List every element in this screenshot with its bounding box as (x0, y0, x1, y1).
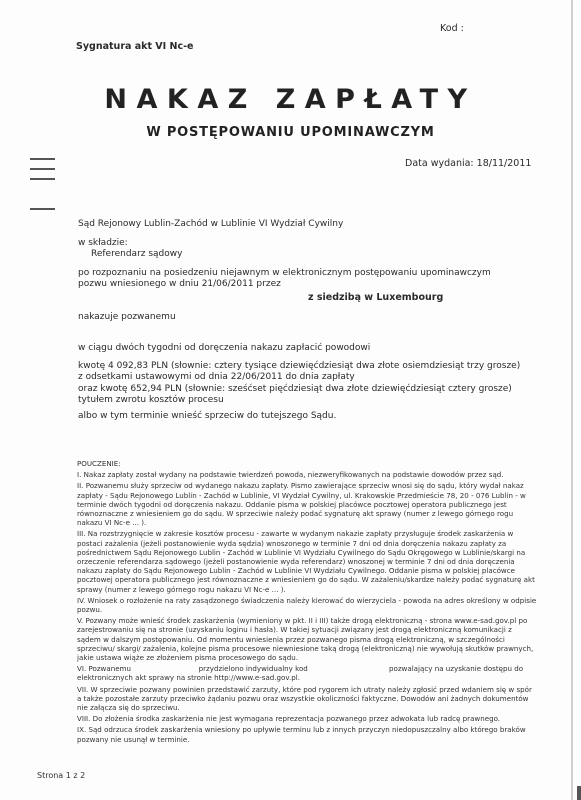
code-label: Kod : (440, 23, 464, 34)
instruction-item: VIII. Do złożenia środka zaskarżenia nie… (77, 714, 537, 723)
instruction-item: II. Pozwanemu służy sprzeciw od wydanego… (77, 481, 537, 527)
objection-text: albo w tym terminie wnieść sprzeciw do t… (78, 411, 336, 422)
amount-costs: oraz kwotę 652,94 PLN (słownie: sześćset… (78, 384, 512, 395)
instruction-item: V. Pozwany może wnieść środek zaskarżeni… (77, 616, 537, 662)
scan-corner-mark (577, 786, 581, 800)
margin-mark (30, 168, 55, 170)
page-number: Strona 1 z 2 (37, 771, 85, 780)
composition-label: w składzie: (78, 238, 128, 249)
margin-mark (30, 158, 55, 160)
amount-main: kwotę 4 092,83 PLN (słownie: cztery tysi… (78, 361, 520, 372)
issue-date: Data wydania: 18/11/2011 (405, 158, 531, 169)
amount-costs-title: tytułem zwrotu kosztów procesu (78, 395, 224, 406)
amount-main-interest: z odsetkami ustawowymi od dnia 22/06/201… (78, 372, 355, 383)
case-signature: Sygnatura akt VI Nc-e (76, 41, 193, 52)
instructions-heading: POUCZENIE: (77, 459, 537, 468)
instruction-item: III. Na rozstrzygnięcie w zakresie koszt… (77, 529, 537, 593)
document-page: Kod : Sygnatura akt VI Nc-e NAKAZ ZAPŁAT… (0, 0, 581, 800)
instruction-item: I. Nakaz zapłaty został wydany na podsta… (77, 470, 537, 479)
margin-mark (30, 178, 55, 180)
instruction-item: VII. W sprzeciwie pozwany powinien przed… (77, 685, 537, 713)
plaintiff-seat: z siedzibą w Luxembourg (308, 292, 443, 303)
instruction-item: IV. Wniosek o rozłożenie na raty zasądzo… (77, 596, 537, 614)
court-name: Sąd Rejonowy Lublin-Zachód w Lublinie VI… (78, 219, 343, 230)
instruction-item: IX. Sąd odrzuca środek zaskarżenia wnies… (77, 725, 537, 743)
order-text: nakazuje pozwanemu (78, 312, 176, 323)
examination-text: po rozpoznaniu na posiedzeniu niejawnym … (78, 268, 518, 290)
document-title: NAKAZ ZAPŁATY (0, 84, 581, 115)
instruction-item: VI. Pozwanemu przydzielono indywidualny … (77, 664, 537, 682)
margin-mark (30, 208, 55, 210)
composition-member: Referendarz sądowy (91, 249, 182, 260)
scan-edge-line (571, 0, 573, 800)
instructions-section: POUCZENIE: I. Nakaz zapłaty został wydan… (77, 459, 537, 746)
deadline-text: w ciągu dwóch tygodni od doręczenia naka… (78, 343, 370, 354)
document-subtitle: W POSTĘPOWANIU UPOMINAWCZYM (0, 125, 581, 140)
